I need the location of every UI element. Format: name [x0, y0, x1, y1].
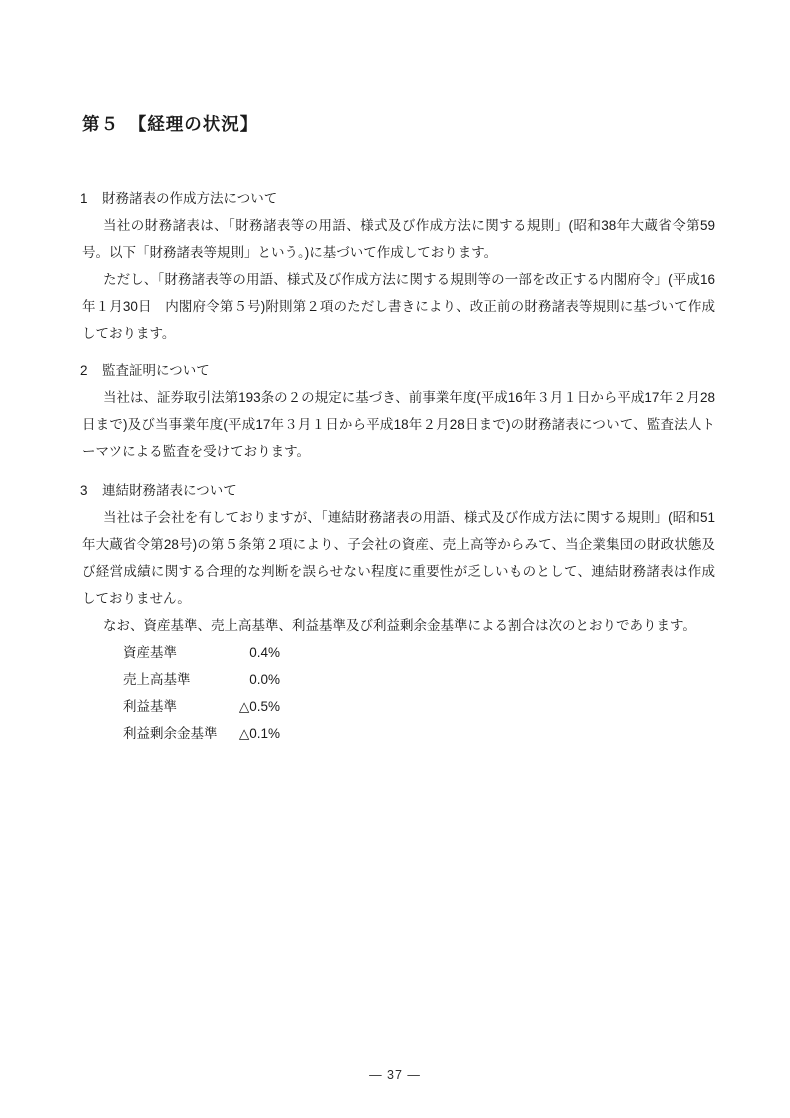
- section-title: 連結財務諸表について: [102, 477, 237, 504]
- paragraph: 当社は子会社を有しておりますが、「連結財務諸表の用語、様式及び作成方法に関する規…: [82, 504, 715, 612]
- criteria-row: 利益基準 △0.5%: [123, 693, 715, 720]
- section-consolidated-financial-statements: 3 連結財務諸表について 当社は子会社を有しておりますが、「連結財務諸表の用語、…: [82, 477, 715, 747]
- section-financial-statements-preparation: 1 財務諸表の作成方法について 当社の財務諸表は、「財務諸表等の用語、様式及び作…: [82, 185, 715, 347]
- section-heading: 1 財務諸表の作成方法について: [80, 185, 715, 212]
- paragraph: 当社の財務諸表は、「財務諸表等の用語、様式及び作成方法に関する規則」(昭和38年…: [82, 212, 715, 266]
- section-title: 財務諸表の作成方法について: [102, 185, 277, 212]
- criteria-list: 資産基準 0.4% 売上高基準 0.0% 利益基準 △0.5% 利益剰余金基準 …: [82, 639, 715, 747]
- section-audit-certification: 2 監査証明について 当社は、証券取引法第193条の２の規定に基づき、前事業年度…: [82, 357, 715, 465]
- criteria-value: △0.1%: [228, 720, 280, 747]
- paragraph: 当社は、証券取引法第193条の２の規定に基づき、前事業年度(平成16年３月１日か…: [82, 384, 715, 465]
- criteria-label: 利益基準: [123, 693, 228, 720]
- criteria-label: 資産基準: [123, 639, 228, 666]
- criteria-label: 利益剰余金基準: [123, 720, 228, 747]
- paragraph: ただし、「財務諸表等の用語、様式及び作成方法に関する規則等の一部を改正する内閣府…: [82, 266, 715, 347]
- criteria-value: △0.5%: [228, 693, 280, 720]
- document-page: 第５ 【経理の状況】 1 財務諸表の作成方法について 当社の財務諸表は、「財務諸…: [0, 0, 790, 1118]
- section-number: 1: [80, 185, 102, 212]
- criteria-row: 資産基準 0.4%: [123, 639, 715, 666]
- section-heading: 3 連結財務諸表について: [80, 477, 715, 504]
- page-content: 第５ 【経理の状況】 1 財務諸表の作成方法について 当社の財務諸表は、「財務諸…: [82, 112, 715, 747]
- section-number: 2: [80, 357, 102, 384]
- section-title: 監査証明について: [102, 357, 210, 384]
- criteria-label: 売上高基準: [123, 666, 228, 693]
- page-title: 第５ 【経理の状況】: [82, 112, 715, 136]
- criteria-row: 売上高基準 0.0%: [123, 666, 715, 693]
- page-number: ― 37 ―: [0, 1066, 790, 1084]
- section-number: 3: [80, 477, 102, 504]
- criteria-row: 利益剰余金基準 △0.1%: [123, 720, 715, 747]
- criteria-value: 0.4%: [228, 639, 280, 666]
- paragraph: なお、資産基準、売上高基準、利益基準及び利益剰余金基準による割合は次のとおりであ…: [82, 612, 715, 639]
- section-heading: 2 監査証明について: [80, 357, 715, 384]
- criteria-value: 0.0%: [228, 666, 280, 693]
